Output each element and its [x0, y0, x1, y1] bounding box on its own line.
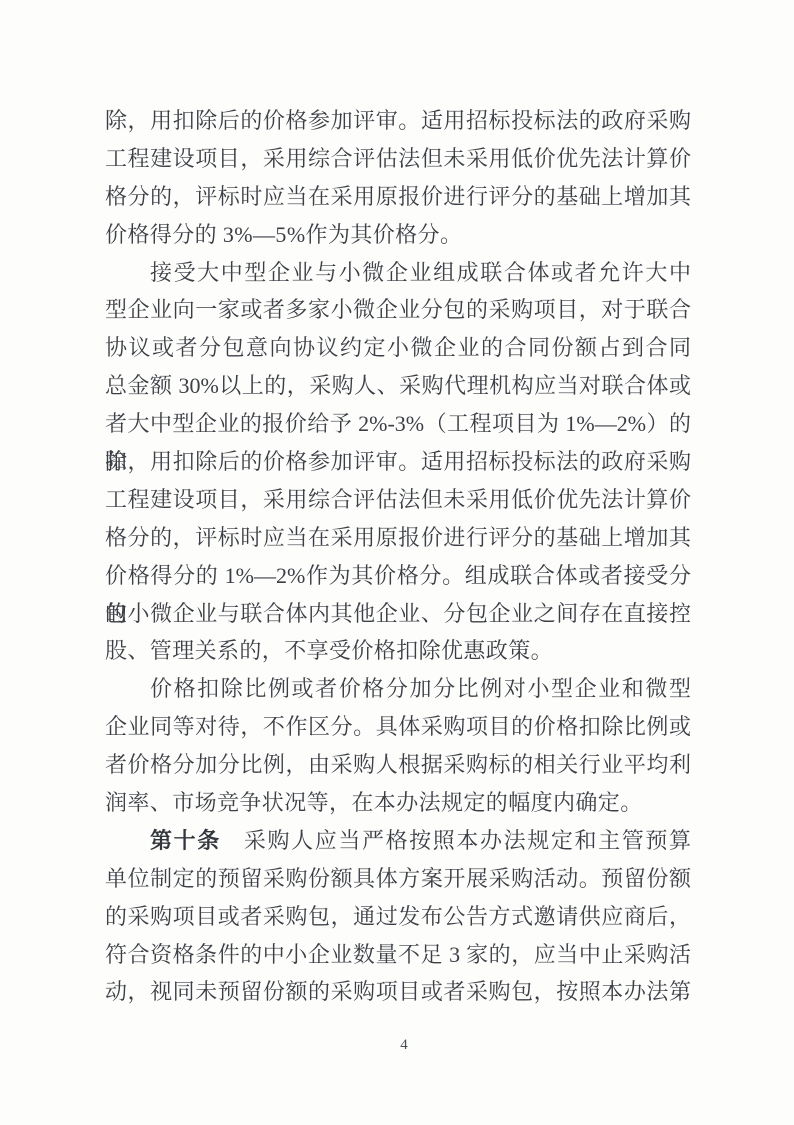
page-number: 4: [0, 1036, 794, 1054]
text-line: 者价格分加分比例，由采购人根据采购标的相关行业平均利: [105, 746, 691, 784]
text-line: 单位制定的预留采购份额具体方案开展采购活动。预留份额: [105, 860, 691, 898]
text-line-article-10: 第十条采购人应当严格按照本办法规定和主管预算: [105, 822, 691, 860]
text-line: 的小微企业与联合体内其他企业、分包企业之间存在直接控: [105, 595, 691, 633]
text-line: 润率、市场竞争状况等，在本办法规定的幅度内确定。: [105, 784, 691, 822]
document-body: 除，用扣除后的价格参加评审。适用招标投标法的政府采购 工程建设项目，采用综合评估…: [105, 102, 691, 1011]
text-line-paragraph-start: 接受大中型企业与小微企业组成联合体或者允许大中: [105, 254, 691, 292]
text-line: 型企业向一家或者多家小微企业分包的采购项目，对于联合: [105, 291, 691, 329]
text-line: 者大中型企业的报价给予 2%-3%（工程项目为 1%—2%）的扣: [105, 405, 691, 443]
text-line: 工程建设项目，采用综合评估法但未采用低价优先法计算价: [105, 140, 691, 178]
text-line: 股、管理关系的，不享受价格扣除优惠政策。: [105, 632, 691, 670]
text-line: 的采购项目或者采购包，通过发布公告方式邀请供应商后，: [105, 898, 691, 936]
text-line: 格分的，评标时应当在采用原报价进行评分的基础上增加其: [105, 178, 691, 216]
text-line: 总金额 30%以上的，采购人、采购代理机构应当对联合体或: [105, 367, 691, 405]
text-line: 动，视同未预留份额的采购项目或者采购包，按照本办法第: [105, 973, 691, 1011]
text-line: 除，用扣除后的价格参加评审。适用招标投标法的政府采购: [105, 102, 691, 140]
text-line: 工程建设项目，采用综合评估法但未采用低价优先法计算价: [105, 481, 691, 519]
article-text: 采购人应当严格按照本办法规定和主管预算: [244, 828, 691, 853]
text-line: 价格得分的 1%—2%作为其价格分。组成联合体或者接受分包: [105, 557, 691, 595]
text-line: 企业同等对待，不作区分。具体采购项目的价格扣除比例或: [105, 708, 691, 746]
text-line: 格分的，评标时应当在采用原报价进行评分的基础上增加其: [105, 519, 691, 557]
text-line: 协议或者分包意向协议约定小微企业的合同份额占到合同: [105, 329, 691, 367]
text-line: 价格得分的 3%—5%作为其价格分。: [105, 216, 691, 254]
scanned-document-page: 除，用扣除后的价格参加评审。适用招标投标法的政府采购 工程建设项目，采用综合评估…: [0, 0, 794, 1125]
text-line-paragraph-start: 价格扣除比例或者价格分加分比例对小型企业和微型: [105, 670, 691, 708]
article-number-label: 第十条: [150, 828, 221, 853]
text-line: 除，用扣除后的价格参加评审。适用招标投标法的政府采购: [105, 443, 691, 481]
text-line: 符合资格条件的中小企业数量不足 3 家的，应当中止采购活: [105, 936, 691, 974]
